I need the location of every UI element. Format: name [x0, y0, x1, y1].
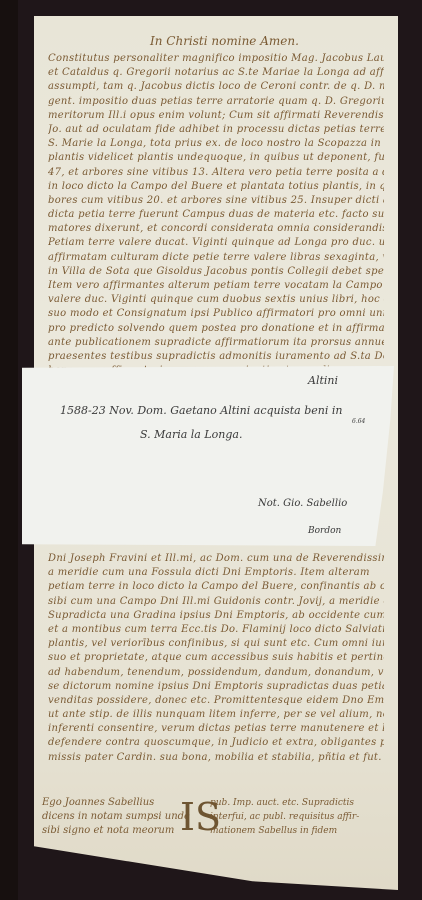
manuscript-line: in loco dicto la Campo del Buere et plan…	[48, 180, 384, 194]
note-signature-2: Bordon	[308, 526, 341, 536]
manuscript-line: Supradicta una Gradina ipsius Dni Emptor…	[48, 609, 384, 623]
manuscript-line: suo et proprietate, atque cum accessibus…	[48, 651, 384, 665]
note-margin-mark: 6.64	[352, 418, 365, 425]
notary-line: dicens in notam sumpsi unde	[42, 810, 190, 824]
manuscript-line: missis pater Cardin. sua bona, mobilia e…	[48, 751, 384, 765]
note-line-2: S. Maria la Longa.	[140, 428, 242, 441]
notary-line: mationem Sabellus in fidem	[210, 824, 359, 838]
manuscript-line: sibi cum una Campo Dni Ill.mi Guidonis c…	[48, 595, 384, 609]
manuscript-line: meritorum Ill.i opus enim volunt; Cum si…	[48, 109, 384, 123]
note-signature-1: Not. Gio. Sabellio	[258, 498, 347, 509]
manuscript-line: valere duc. Viginti quinque cum duobus s…	[48, 293, 384, 307]
notary-line: sibi signo et nota meorum	[42, 824, 190, 838]
manuscript-line: defendere contra quoscumque, in Judicio …	[48, 736, 384, 750]
manuscript-line: venditas possidere, donec etc. Promitten…	[48, 694, 384, 708]
manuscript-line: plantis, vel veriorībus confinibus, si q…	[48, 637, 384, 651]
manuscript-line: ad habendum, tenendum, possidendum, dand…	[48, 666, 384, 680]
manuscript-line: et Cataldus q. Gregorii notarius ac S.te…	[48, 66, 384, 80]
document-heading: In Christi nomine Amen.	[150, 34, 299, 48]
manuscript-line: dicta petia terre fuerunt Campus duas de…	[48, 208, 384, 222]
body-text-lower: Dni Joseph Fravini et Ill.mi, ac Dom. cu…	[48, 552, 384, 765]
manuscript-line: ut ante stip. de illis nunquam litem inf…	[48, 708, 384, 722]
manuscript-line: 47, et arbores sine vitibus 13. Altera v…	[48, 166, 384, 180]
manuscript-line: suo modo et Consignatum ipsi Publico aff…	[48, 307, 384, 321]
manuscript-line: bores cum vitibus 20. et arbores sine vi…	[48, 194, 384, 208]
manuscript-line: petiam terre in loco dicto la Campo del …	[48, 580, 384, 594]
overlay-note	[22, 366, 394, 546]
manuscript-line: S. Marie la Longa, tota prius ex. de loc…	[48, 137, 384, 151]
manuscript-line: a meridie cum una Fossula dicti Dni Empt…	[48, 566, 384, 580]
manuscript-line: et a montibus cum terra Ecc.tis Do. Flam…	[48, 623, 384, 637]
manuscript-line: inferenti consentire, verum dictas petia…	[48, 722, 384, 736]
manuscript-line: pro predicto solvendo quem postea pro do…	[48, 322, 384, 336]
notary-line: interfui, ac publ. requisitus affir-	[210, 810, 359, 824]
manuscript-line: se dictorum nomine ipsius Dni Emptoris s…	[48, 680, 384, 694]
notary-line: Ego Joannes Sabellius	[42, 796, 190, 810]
scan-border	[0, 0, 18, 900]
manuscript-line: assumpti, tam q. Jacobus dictis loco de …	[48, 80, 384, 94]
manuscript-line: Item vero affirmantes alterum petiam ter…	[48, 279, 384, 293]
manuscript-line: Jo. aut ad oculatam fide adhibet in proc…	[48, 123, 384, 137]
notary-line: pub. Imp. auct. etc. Supradictis	[210, 796, 359, 810]
manuscript-line: Constitutus personaliter magnifico impos…	[48, 52, 384, 66]
manuscript-line: affirmatam culturam dicte petie terre va…	[48, 251, 384, 265]
manuscript-line: gent. impositio duas petias terre arrato…	[48, 95, 384, 109]
notary-subscription-left: Ego Joannes Sabellius dicens in notam su…	[42, 796, 190, 838]
manuscript-line: matores dixerunt, et concordi considerat…	[48, 222, 384, 236]
notary-subscription-right: pub. Imp. auct. etc. Supradictis interfu…	[210, 796, 359, 838]
manuscript-line: Dni Joseph Fravini et Ill.mi, ac Dom. cu…	[48, 552, 384, 566]
note-name-top: Altini	[308, 374, 338, 387]
manuscript-line: ante publicationem supradicte affirmatio…	[48, 336, 384, 350]
manuscript-line: Petiam terre valere ducat. Viginti quinq…	[48, 236, 384, 250]
body-text-upper: Constitutus personaliter magnifico impos…	[48, 52, 384, 407]
note-line-1: 1588-23 Nov. Dom. Gaetano Altini acquist…	[60, 404, 343, 417]
manuscript-line: praesentes testibus supradictis admoniti…	[48, 350, 384, 364]
manuscript-line: plantis videlicet plantis undequoque, in…	[48, 151, 384, 165]
manuscript-line: in Villa de Sota que Gisoldus Jacobus po…	[48, 265, 384, 279]
